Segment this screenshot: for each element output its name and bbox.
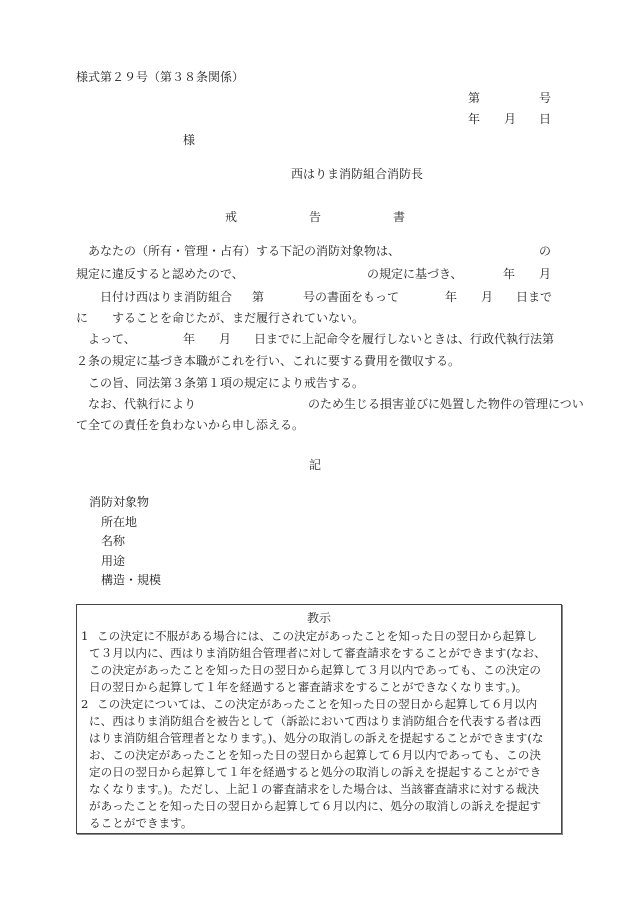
target-item-structure: 構造・規模 [101, 573, 161, 587]
date-month: 月 [504, 112, 516, 126]
body-line: あなたの（所有・管理・占有）する下記の消防対象物は、 の [76, 244, 551, 258]
date-day: 日 [539, 112, 551, 126]
notice-title: 教示 [77, 611, 561, 625]
date-year: 年 [468, 112, 480, 126]
form-number: 様式第２９号（第３８条関係） [76, 70, 244, 84]
target-item-location: 所在地 [101, 515, 137, 529]
body-line: 日付け西はりま消防組合 第 号の書面をもって 年 月 日まで [76, 290, 551, 304]
target-item-use: 用途 [101, 554, 125, 568]
body-line: て全ての責任を負わないから申し添える。 [76, 418, 551, 432]
notice-box: 教示 1この決定に不服がある場合には、この決定があったことを知った日の翌日から起… [76, 604, 562, 834]
addressee-suffix: 様 [183, 133, 195, 147]
issuer: 西はりま消防組合消防長 [291, 167, 423, 181]
title-char-3: 書 [393, 208, 405, 225]
body-line: この旨、同法第３条第１項の規定により戒告する。 [76, 376, 551, 390]
target-heading: 消防対象物 [89, 495, 149, 509]
body-line: よって、 年 月 日までに上記命令を履行しないときは、行政代執行法第 [76, 332, 551, 346]
title-char-1: 戒 [225, 208, 237, 225]
body-line: なお、代執行により のため生じる損害並びに処置した物件の管理につい [76, 397, 551, 411]
target-item-name: 名称 [101, 534, 125, 548]
title-char-2: 告 [309, 208, 321, 225]
ki-heading: 記 [309, 458, 321, 472]
body-line: ２条の規定に基づき本職がこれを行い、これに要する費用を徴収する。 [76, 354, 551, 368]
doc-no-suffix: 号 [539, 91, 551, 105]
body-line: 規定に違反すると認めたので、 の規定に基づき、 年 月 [76, 267, 551, 281]
body-line: に することを命じたが、まだ履行されていない。 [76, 311, 551, 325]
doc-no-prefix: 第 [468, 91, 480, 105]
